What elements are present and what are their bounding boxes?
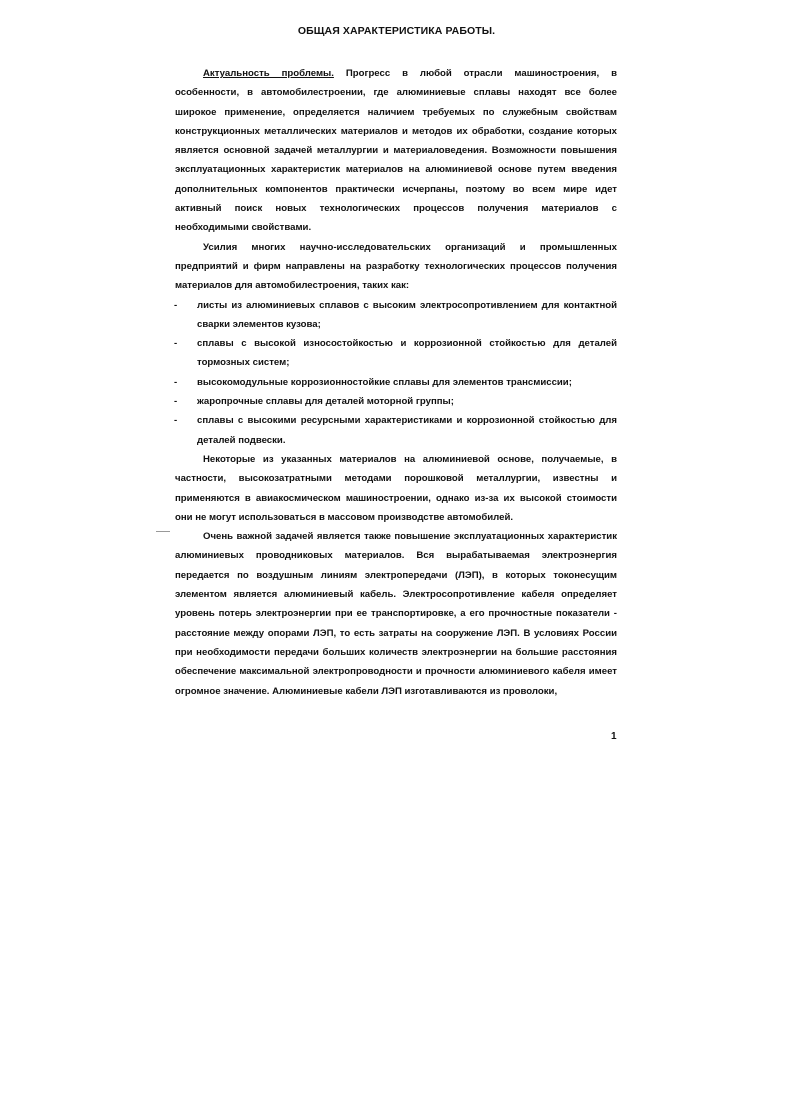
list-bullet: - [174,373,177,392]
paragraph-relevance: Актуальность проблемы. Прогресс в любой … [175,64,617,238]
document-body: Актуальность проблемы. Прогресс в любой … [175,64,617,701]
list-bullet: - [174,392,177,411]
paragraph-powder-metallurgy: Некоторые из указанных материалов на алю… [175,450,617,527]
document-page: ОБЩАЯ ХАРАКТЕРИСТИКА РАБОТЫ. Актуальност… [0,0,793,1099]
list-item: -сплавы с высокой износостойкостью и кор… [175,334,617,373]
paragraph-conductors: Очень важной задачей является также повы… [175,527,617,701]
list-bullet: - [174,296,177,315]
document-title: ОБЩАЯ ХАРАКТЕРИСТИКА РАБОТЫ. [0,25,793,37]
materials-list: -листы из алюминиевых сплавов с высоким … [175,296,617,450]
paragraph-efforts: Усилия многих научно-исследовательских о… [175,238,617,296]
list-bullet: - [174,411,177,430]
paragraph-text: Прогресс в любой отрасли машиностроения,… [175,68,617,233]
list-item: -высокомодульные коррозионностойкие спла… [175,373,617,392]
list-item: -листы из алюминиевых сплавов с высоким … [175,296,617,335]
scan-artifact [156,531,170,532]
list-item: -жаропрочные сплавы для деталей моторной… [175,392,617,411]
section-lead: Актуальность проблемы. [203,68,334,79]
page-number: 1 [611,731,617,742]
list-bullet: - [174,334,177,353]
list-item: -сплавы с высокими ресурсными характерис… [175,411,617,450]
